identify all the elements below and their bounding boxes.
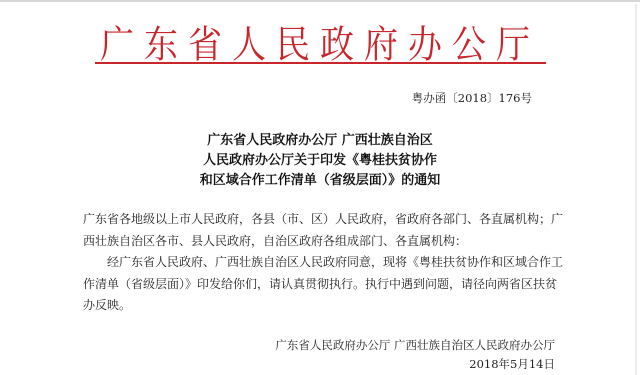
title-line-1: 广东省人民政府办公厅 广西壮族自治区 <box>0 131 640 151</box>
red-divider <box>95 62 546 64</box>
document-title: 广东省人民政府办公厅 广西壮族自治区 人民政府办公厅关于印发《粤桂扶贫协作 和区… <box>0 131 640 191</box>
document-number: 粤办函〔2018〕176号 <box>412 90 532 106</box>
signature: 广东省人民政府办公厅 广西壮族自治区人民政府办公厅 <box>275 337 555 353</box>
issuer-heading: 广东省人民政府办公厅 <box>0 14 640 69</box>
title-line-2: 人民政府办公厅关于印发《粤桂扶贫协作 <box>0 151 640 171</box>
body-paragraph: 经广东省人民政府、广西壮族自治区人民政府同意，现将《粤桂扶贫协作和区域合作工作清… <box>83 252 563 317</box>
document-body: 广东省各地级以上市人民政府，各县（市、区）人民政府，省政府各部门、各直属机构；广… <box>83 209 563 317</box>
title-line-3: 和区域合作工作清单（省级层面）》的通知 <box>0 171 640 191</box>
top-border <box>0 0 640 2</box>
addressees: 广东省各地级以上市人民政府，各县（市、区）人民政府，省政府各部门、各直属机构；广… <box>83 209 563 252</box>
issue-date: 2018年5月14日 <box>469 356 555 372</box>
